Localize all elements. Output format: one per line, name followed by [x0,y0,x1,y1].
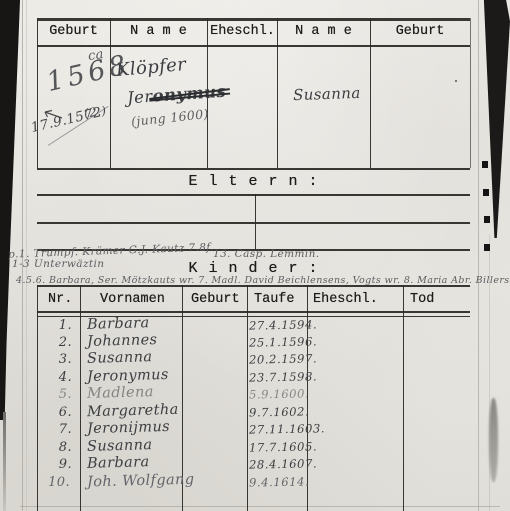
row-vorname: Jeronijmus [87,419,170,437]
top-table-vline-1 [110,18,111,168]
header-geburt-left: Geburt [37,24,110,39]
kinder-header-eheschl: Eheschl. [313,292,378,307]
row-vorname: Jeronymus [87,366,169,384]
kinder-header-border-1 [37,311,470,313]
right-edge-tick-1 [482,161,488,168]
eltern-center-divider [255,194,256,250]
top-table-bottom-border [37,168,470,170]
row-taufe: 9.7.1602. [249,404,310,419]
firstname: Jeronymus [126,82,226,108]
scan-edge-top-right-wedge [480,0,510,238]
kinder-header-geburt: Geburt [191,292,240,307]
row-taufe: 25.1.1596. [249,334,317,349]
card-edge-line-right-1 [478,0,479,511]
kinder-top-border [37,285,470,287]
paper-speck [455,80,457,82]
top-table-vline-left [37,18,38,168]
header-eheschl: Eheschl. [208,24,277,39]
header-name-right: N a m e [277,24,370,39]
right-edge-tick-4 [484,244,490,251]
row-nr: 9. [40,457,72,472]
row-taufe: 27.11.1603. [249,421,325,436]
row-taufe: 5.9.1600. [249,386,310,401]
row-nr: 8. [40,440,72,455]
row-nr: 2. [40,335,72,350]
row-taufe: 9.4.1614. [249,474,310,489]
firstname-struck-out: onymus [152,82,227,106]
right-edge-smudge [489,398,498,482]
scan-edge-left-lower [3,412,6,511]
eltern-title: E l t e r n : [37,173,470,190]
header-name-left: N a m e [110,24,207,39]
bottom-scan-line [20,506,500,507]
top-table-top-border [37,18,470,21]
kinder-header-taufe: Taufe [254,292,295,307]
birth-alt-mark: (2.) [83,104,107,121]
top-table-vline-4 [370,18,371,168]
row-taufe: 28.4.1607. [249,456,317,471]
top-table-vline-right [470,18,471,168]
row-nr: 7. [40,422,72,437]
scanned-family-register-card: Geburt N a m e Eheschl. N a m e Geburt c… [0,0,510,511]
row-vorname: Margaretha [87,401,179,419]
row-vorname: Joh. Wolfgang [87,471,195,490]
kinder-header-vornamen: Vornamen [100,292,165,307]
kinder-vline-5 [403,285,404,511]
row-nr: 3. [40,352,72,367]
row-taufe: 20.2.1597. [249,351,317,366]
header-geburt-right: Geburt [370,24,470,39]
right-edge-tick-2 [483,189,489,196]
eltern-line-1 [37,194,470,196]
annotation-line1-right: 13. Casp. Lemmin. [213,248,319,260]
row-vorname: Madlena [87,384,154,402]
row-taufe: 17.7.1605. [249,439,317,454]
row-vorname: Susanna [87,437,153,455]
row-vorname: Barbara [87,315,150,333]
row-vorname: Barbara [87,454,150,472]
row-nr: 6. [40,405,72,420]
right-edge-tick-3 [484,216,490,223]
row-nr: 5. [40,387,72,402]
top-table-vline-3 [277,18,278,168]
row-nr: 4. [40,370,72,385]
row-vorname: Susanna [87,349,153,367]
kinder-vline-1 [80,285,81,511]
eltern-line-2 [37,222,470,224]
row-nr: 10. [38,475,70,490]
kinder-header-nr: Nr. [48,292,72,307]
death-note: (jung 1600) [130,106,209,129]
kinder-header-tod: Tod [410,292,434,307]
spouse-firstname: Susanna [293,84,361,104]
row-taufe: 23.7.1598. [249,369,317,384]
row-taufe: 27.4.1594. [249,317,317,332]
row-vorname: Johannes [87,332,158,350]
scan-edge-left-black-band [0,0,26,420]
row-nr: 1. [40,318,72,333]
